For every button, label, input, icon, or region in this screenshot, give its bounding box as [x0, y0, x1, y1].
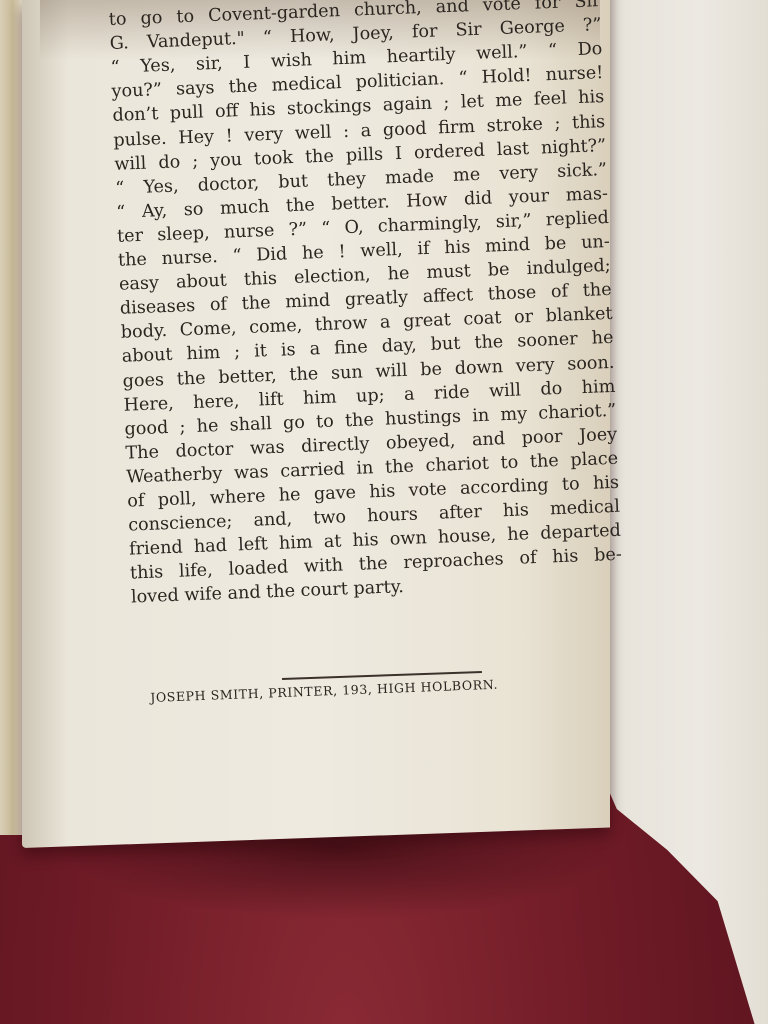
right-page — [600, 0, 768, 1024]
page-text: to go to Covent-garden church, and vote … — [108, 0, 623, 610]
